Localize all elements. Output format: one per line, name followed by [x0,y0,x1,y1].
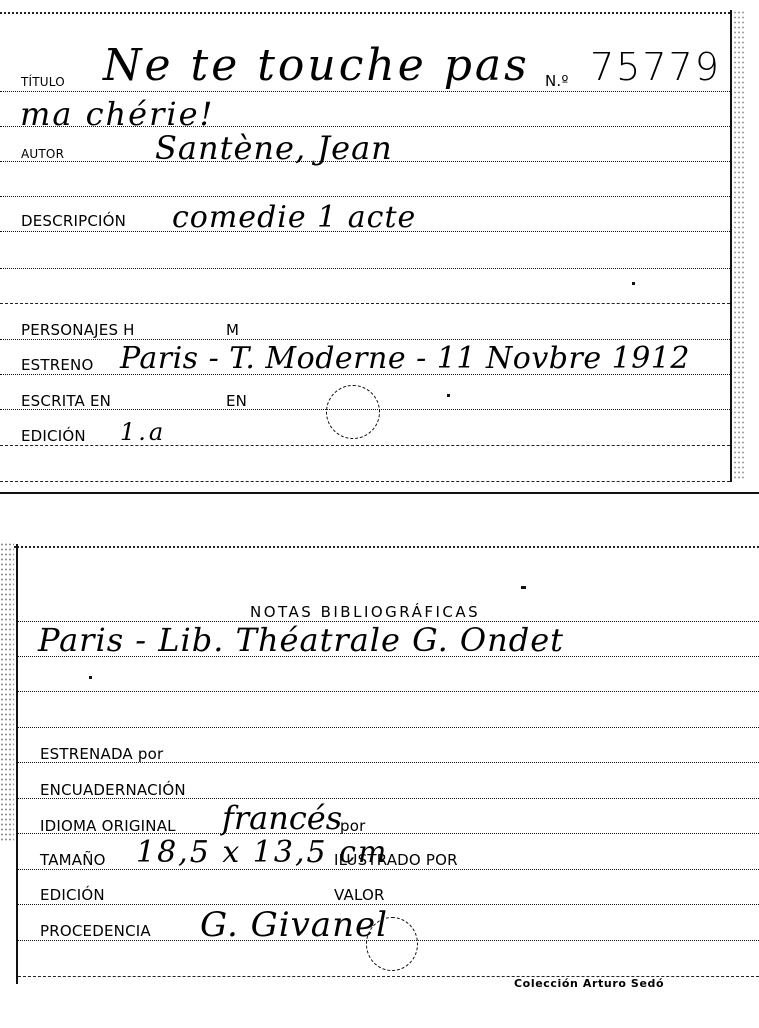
value-edicion: 1.a [120,420,166,444]
rule-bottom [0,481,730,482]
card-right-border [730,10,732,482]
stamp-circle [366,917,418,971]
value-autor: Santène, Jean [155,132,393,164]
rule-edicion [18,904,759,905]
rule-edicion [0,445,730,446]
label-edicion: EDICIÓN [40,888,105,903]
label-personajes-h: PERSONAJES H [21,323,135,338]
label-descripcion: DESCRIPCIÓN [21,214,126,229]
card-left-border [16,544,18,984]
value-procedencia: G. Givanel [200,908,388,942]
value-estreno: Paris - T. Moderne - 11 Novbre 1912 [120,344,690,374]
label-estrenada-por: ESTRENADA por [40,747,163,762]
label-idioma-por: por [340,819,365,834]
catalog-card-back: NOTAS BIBLIOGRÁFICAS ESTRENADA por ENCUA… [0,540,759,1028]
label-autor: AUTOR [21,148,64,160]
label-tamano: TAMAÑO [40,853,106,868]
card-top-edge [0,12,730,17]
label-escrita-en: ESCRITA EN [21,394,111,409]
value-notas: Paris - Lib. Théatrale G. Ondet [38,624,564,656]
card-right-edge-shadow [733,10,745,480]
card-top-edge [14,546,759,551]
collection-credit: Colección Arturo Sedó [514,977,664,990]
speck [447,394,450,397]
label-encuadernacion: ENCUADERNACIÓN [40,783,186,798]
card-separator [0,492,759,494]
rule-blank-1 [0,196,730,197]
label-personajes-m: M [226,323,239,338]
catalog-card-front: TÍTULO N.º AUTOR DESCRIPCIÓN PERSONAJES … [0,0,759,495]
value-titulo-line2: ma chérie! [20,98,214,130]
rule-blank-2 [0,268,730,269]
label-idioma-original: IDIOMA ORIGINAL [40,819,176,834]
rule-blank-1 [18,691,759,692]
label-estreno: ESTRENO [21,358,94,373]
label-titulo: TÍTULO [21,76,65,88]
label-escrita-en-2: EN [226,394,247,409]
stamp-circle [326,385,380,439]
rule-tamano [18,869,759,870]
rule-blank-2 [18,727,759,728]
value-idioma-original: francés [222,802,342,834]
value-descripcion: comedie 1 acte [172,203,416,233]
label-procedencia: PROCEDENCIA [40,924,151,939]
speck [89,676,92,679]
label-numero: N.º [545,74,569,89]
label-notas-bibliograficas: NOTAS BIBLIOGRÁFICAS [250,605,480,620]
card-left-edge-shadow [0,542,14,842]
label-edicion: EDICIÓN [21,429,86,444]
rule-personajes [0,339,730,340]
rule-titulo [0,91,730,92]
label-valor: VALOR [334,888,385,903]
value-numero: 75779 [590,48,721,86]
rule-blank-3 [0,303,730,304]
value-tamano: 18,5 x 13,5 cm [136,838,388,868]
speck [521,586,526,589]
speck [632,282,635,285]
value-titulo-line1: Ne te touche pas [103,44,530,88]
